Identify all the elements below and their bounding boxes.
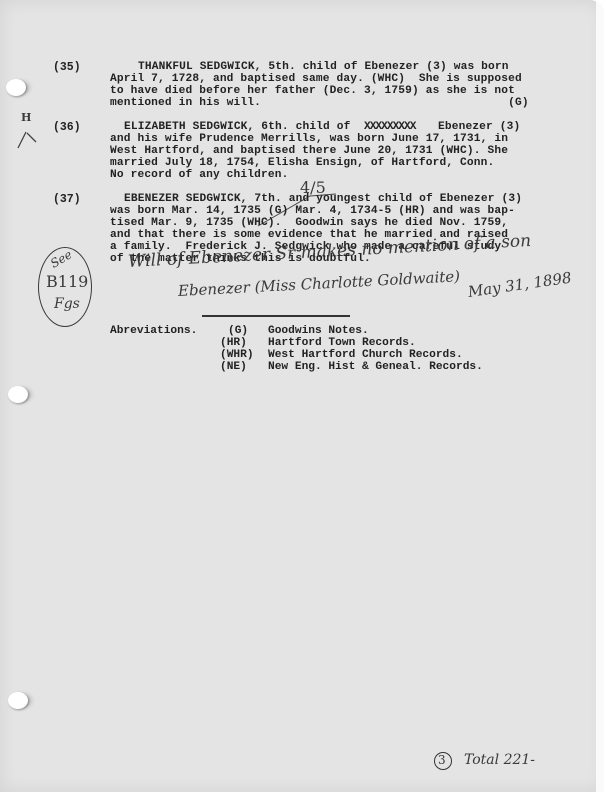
entry-36-line-1b: Ebenezer (3)	[438, 122, 520, 134]
punch-hole-bottom	[8, 692, 28, 709]
abbr-meaning-whr: West Hartford Church Records.	[268, 350, 463, 362]
abbr-meaning-g: Goodwins Notes.	[268, 326, 369, 338]
entry-35-line-4: mentioned in his will. (G)	[110, 98, 529, 110]
handwritten-note-date: May 31, 1898	[467, 269, 573, 301]
entry-36-line-1a: ELIZABETH SEDGWICK, 6th. child of	[124, 122, 351, 134]
entry-37-line-3: tised Mar. 9, 1735 (WHC). Goodwin says h…	[110, 218, 508, 230]
entry-number-35: (35)	[53, 61, 81, 74]
circled-note-ref: B119	[46, 272, 88, 291]
abbr-code-hr: (HR)	[220, 338, 247, 350]
handwritten-note-line-2: Ebenezer (Miss Charlotte Goldwaite)	[178, 267, 461, 300]
abbr-meaning-hr: Hartford Town Records.	[268, 338, 416, 350]
entry-number-37: (37)	[53, 193, 81, 206]
abbr-meaning-ne: New Eng. Hist & Geneal. Records.	[268, 362, 483, 374]
entry-35-line-3: to have died before her father (Dec. 3, …	[110, 86, 515, 98]
entry-number-36: (36)	[53, 121, 81, 134]
punch-hole-middle	[8, 386, 28, 403]
entry-37-line-2: was born Mar. 14, 1735 (G) Mar. 4, 1734-…	[110, 206, 515, 218]
entry-37-line-1: EBENEZER SEDGWICK, 7th. and youngest chi…	[124, 194, 522, 206]
struck-out-text: XXXXXXXXX	[364, 122, 415, 134]
entry-36-line-2: and his wife Prudence Merrills, was born…	[110, 134, 508, 146]
entry-36-line-3: West Hartford, and baptised there June 2…	[110, 146, 508, 158]
entry-36-line-5: No record of any children.	[110, 170, 288, 182]
footer-circled-number: 3	[438, 753, 446, 767]
entry-35-line-1: THANKFUL SEDGWICK, 5th. child of Ebeneze…	[138, 62, 509, 74]
abbr-code-ne: (NE)	[220, 362, 247, 374]
entry-35-line-2: April 7, 1728, and baptised same day. (W…	[110, 74, 522, 86]
entry-36-line-4: married July 18, 1754, Elisha Ensign, of…	[110, 158, 494, 170]
abbr-code-g: (G)	[228, 326, 248, 338]
circled-note-fgs: Fgs	[54, 296, 80, 312]
footer-total: Total 221-	[464, 752, 535, 768]
abbreviations-label: Abreviations.	[110, 326, 197, 338]
punch-hole-top	[6, 79, 26, 96]
abbr-code-whr: (WHR)	[220, 350, 254, 362]
margin-check-icon	[14, 122, 44, 152]
document-page: (35) THANKFUL SEDGWICK, 5th. child of Eb…	[0, 0, 604, 792]
handwritten-underline	[202, 315, 350, 317]
page-edge	[596, 0, 604, 792]
